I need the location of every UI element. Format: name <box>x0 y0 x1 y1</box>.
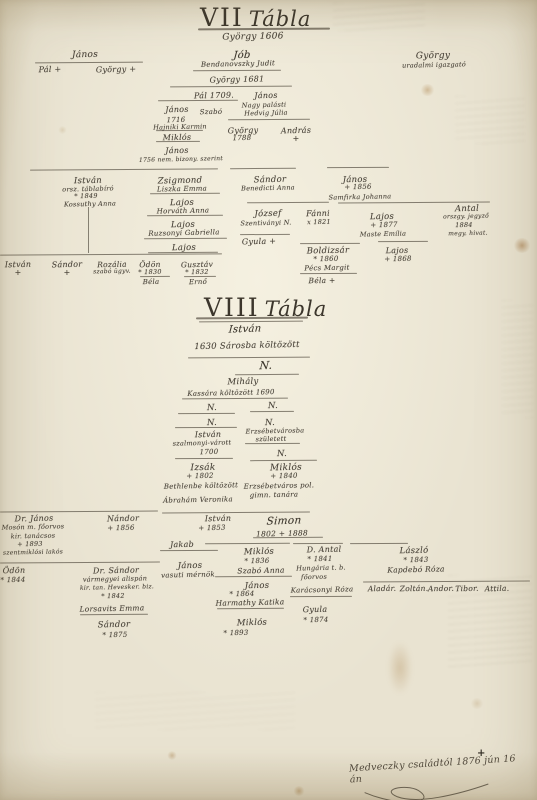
person-entry: * 1843 <box>403 556 428 565</box>
connector-line <box>182 398 288 400</box>
person-entry: Zoltán. <box>400 584 429 594</box>
connector-line <box>363 580 530 582</box>
connector-line <box>250 460 317 461</box>
person-entry: + <box>14 268 21 277</box>
connector-line <box>217 608 284 609</box>
person-entry: * 1875 <box>102 631 127 640</box>
paper-stain <box>58 126 67 134</box>
connector-line <box>253 537 323 538</box>
person-entry: szentmiklósi lakós <box>3 548 63 556</box>
connector-line <box>245 443 300 444</box>
person-entry: Bethlenbe költözött <box>164 481 239 491</box>
person-entry: + 1893 <box>17 540 43 549</box>
person-entry: N. <box>277 449 287 459</box>
person-entry: N. <box>207 403 217 413</box>
connector-line <box>156 130 203 131</box>
person-entry: * 1836 <box>244 557 269 566</box>
person-entry: * 1893 <box>223 629 248 638</box>
connector-line <box>156 141 200 142</box>
person-entry: kir. tan. Hevesker. biz. <box>80 583 154 592</box>
connector-line <box>205 543 290 545</box>
connector-line <box>350 543 408 544</box>
connector-line <box>327 167 389 168</box>
person-entry: N. <box>268 401 278 411</box>
person-entry: Mihály <box>227 377 258 388</box>
person-entry: György + <box>96 65 137 75</box>
person-entry: Fánni <box>306 209 330 218</box>
person-entry: János <box>178 561 203 572</box>
person-entry: főorvos <box>301 573 327 582</box>
person-entry: Tibor. <box>455 584 479 593</box>
person-entry: orszgy. jegyző <box>443 213 489 221</box>
connector-line <box>0 511 158 513</box>
person-entry: * 1842 <box>101 592 125 600</box>
person-entry: 1756 nem. bizony. szerint <box>139 155 223 164</box>
person-entry: János <box>165 105 188 114</box>
person-entry: + 1877 <box>370 221 398 230</box>
connector-line <box>250 411 294 412</box>
person-entry: István <box>228 323 261 335</box>
person-entry: János <box>165 146 188 155</box>
person-entry: Attila. <box>485 584 510 594</box>
person-entry: Ábrahám Veronika <box>163 495 233 504</box>
ink-showthrough <box>333 3 425 31</box>
person-entry: János <box>254 91 277 100</box>
connector-line <box>0 562 160 564</box>
person-entry: 1884 <box>455 221 473 229</box>
person-entry: Béla + <box>308 276 335 286</box>
person-entry: Bendanovszky Judit <box>201 59 275 69</box>
person-entry: * 1841 <box>307 555 332 564</box>
person-entry: József <box>254 209 281 220</box>
person-entry: Béla <box>143 278 160 286</box>
ink-showthrough <box>455 96 525 144</box>
person-entry: + 1856 <box>344 183 372 192</box>
connector-line <box>150 193 220 194</box>
person-entry: Kassára költözött 1690 <box>187 388 274 398</box>
person-entry: vármegyei alispán <box>83 574 147 583</box>
connector-line <box>240 234 290 235</box>
person-entry: + <box>292 134 299 143</box>
person-entry: gimn. tanára <box>250 490 299 499</box>
paper-stain <box>420 84 435 96</box>
person-entry: Sándor <box>98 620 131 631</box>
signature: Medveczky családtól 1876 jún 16 án <box>349 753 529 800</box>
connector-line <box>147 215 223 216</box>
person-entry: Maste Emília <box>360 230 407 239</box>
person-entry: Kapdebó Róza <box>387 564 445 574</box>
person-entry: Lajos <box>386 246 409 255</box>
connector-line <box>158 100 238 101</box>
person-entry: Simon <box>266 514 302 527</box>
person-entry: megy. hivat. <box>448 230 488 238</box>
connector-line <box>228 119 310 121</box>
person-entry: uradalmi igazgató <box>402 60 466 69</box>
person-entry: + 1840 <box>270 472 298 481</box>
person-entry: Pécs Margit <box>304 264 349 273</box>
person-entry: Hungária t. b. <box>296 563 346 572</box>
person-entry: + 1868 <box>384 255 412 264</box>
person-entry: Szentiványi N. <box>240 218 291 227</box>
person-entry: János <box>72 50 98 61</box>
person-entry: Gyula <box>303 605 328 615</box>
connector-line <box>184 276 216 277</box>
person-entry: Karácsonyi Róza <box>291 585 354 594</box>
connector-line <box>215 576 292 577</box>
connector-line <box>162 512 310 514</box>
signature-flourish <box>356 774 507 800</box>
connector-line <box>300 243 360 244</box>
person-entry: István <box>205 514 232 524</box>
person-entry: Miklós <box>244 547 274 558</box>
paper-stain <box>388 642 412 694</box>
paper-stain <box>470 698 484 709</box>
person-entry: Ödön <box>3 566 26 575</box>
person-entry: Szabó Anna <box>237 566 284 576</box>
person-entry: Jakab <box>170 540 194 550</box>
ink-showthrough <box>95 692 295 730</box>
person-entry: + 1802 <box>186 472 214 481</box>
connector-line <box>80 614 148 615</box>
person-entry: + 1853 <box>198 524 226 533</box>
person-entry: * 1860 <box>313 255 338 264</box>
person-entry: György 1606 <box>222 31 284 42</box>
connector-line <box>35 62 143 64</box>
person-entry: György 1681 <box>209 74 264 84</box>
scanned-genealogy-page: VIITábla VIIITábla György 1606JánosPál +… <box>0 0 537 800</box>
connector-line <box>160 550 218 551</box>
person-entry: szalmonyi-várott <box>173 438 232 447</box>
paper-stain <box>167 751 177 760</box>
person-entry: vasuti mérnök <box>161 570 215 579</box>
person-entry: D. Antal <box>307 545 342 555</box>
person-entry: szabó ügyv. <box>93 268 131 276</box>
connector-line-vertical <box>88 207 89 253</box>
person-entry: Nándor <box>107 514 139 524</box>
person-entry: Benedicti Anna <box>241 183 295 192</box>
person-entry: 1630 Sárosba költözött <box>194 340 300 352</box>
connector-line <box>170 86 292 88</box>
person-entry: Andor. <box>428 584 454 594</box>
connector-line <box>175 458 233 459</box>
connector-line <box>193 70 281 72</box>
person-entry: 1788 <box>233 134 252 142</box>
person-entry: Miklós <box>237 618 267 629</box>
person-entry: Mosón m. főorvos <box>2 522 65 531</box>
person-entry: Samfirka Johanna <box>329 192 392 201</box>
connector-line <box>199 321 303 323</box>
person-entry: Aladár. <box>368 584 397 594</box>
connector-line <box>247 202 329 204</box>
person-entry: * 1844 <box>0 576 25 585</box>
connector-line <box>230 168 296 169</box>
person-entry: Gyula + <box>242 237 277 247</box>
person-entry: * 1830 <box>138 268 162 276</box>
connector-line <box>300 273 357 274</box>
paper-stain <box>513 238 531 253</box>
person-entry: Kossuthy Anna <box>64 199 116 208</box>
connector-line <box>290 596 352 597</box>
person-entry: 1700 <box>200 448 219 456</box>
connector-line <box>188 357 310 359</box>
connector-line <box>140 276 170 277</box>
connector-line <box>178 413 235 414</box>
person-entry: Szabó <box>200 108 223 116</box>
person-entry: * 1874 <box>303 616 328 625</box>
person-entry: Hedvig Júlia <box>244 109 288 118</box>
person-entry: + <box>63 268 70 277</box>
person-entry: Ernő <box>189 278 207 286</box>
connector-line <box>175 427 237 428</box>
person-entry: + 1856 <box>107 524 135 533</box>
person-entry: Erzsébetváros pol. <box>244 481 315 490</box>
person-entry: Harmathy Katika <box>215 597 284 607</box>
connector-line <box>0 253 222 255</box>
person-entry: Lorsavits Emma <box>79 603 144 613</box>
connector-line <box>144 238 227 240</box>
person-entry: Ruzsonyi Gabriella <box>148 228 219 237</box>
connector-line <box>378 241 428 242</box>
person-entry: N. <box>259 359 273 372</box>
person-entry: Pál + <box>38 65 61 74</box>
connector-line <box>30 168 218 170</box>
person-entry: x 1821 <box>307 218 331 226</box>
paper-stain <box>293 786 305 796</box>
ink-showthrough <box>502 300 534 418</box>
person-entry: László <box>399 546 428 557</box>
connector-line <box>235 374 299 375</box>
